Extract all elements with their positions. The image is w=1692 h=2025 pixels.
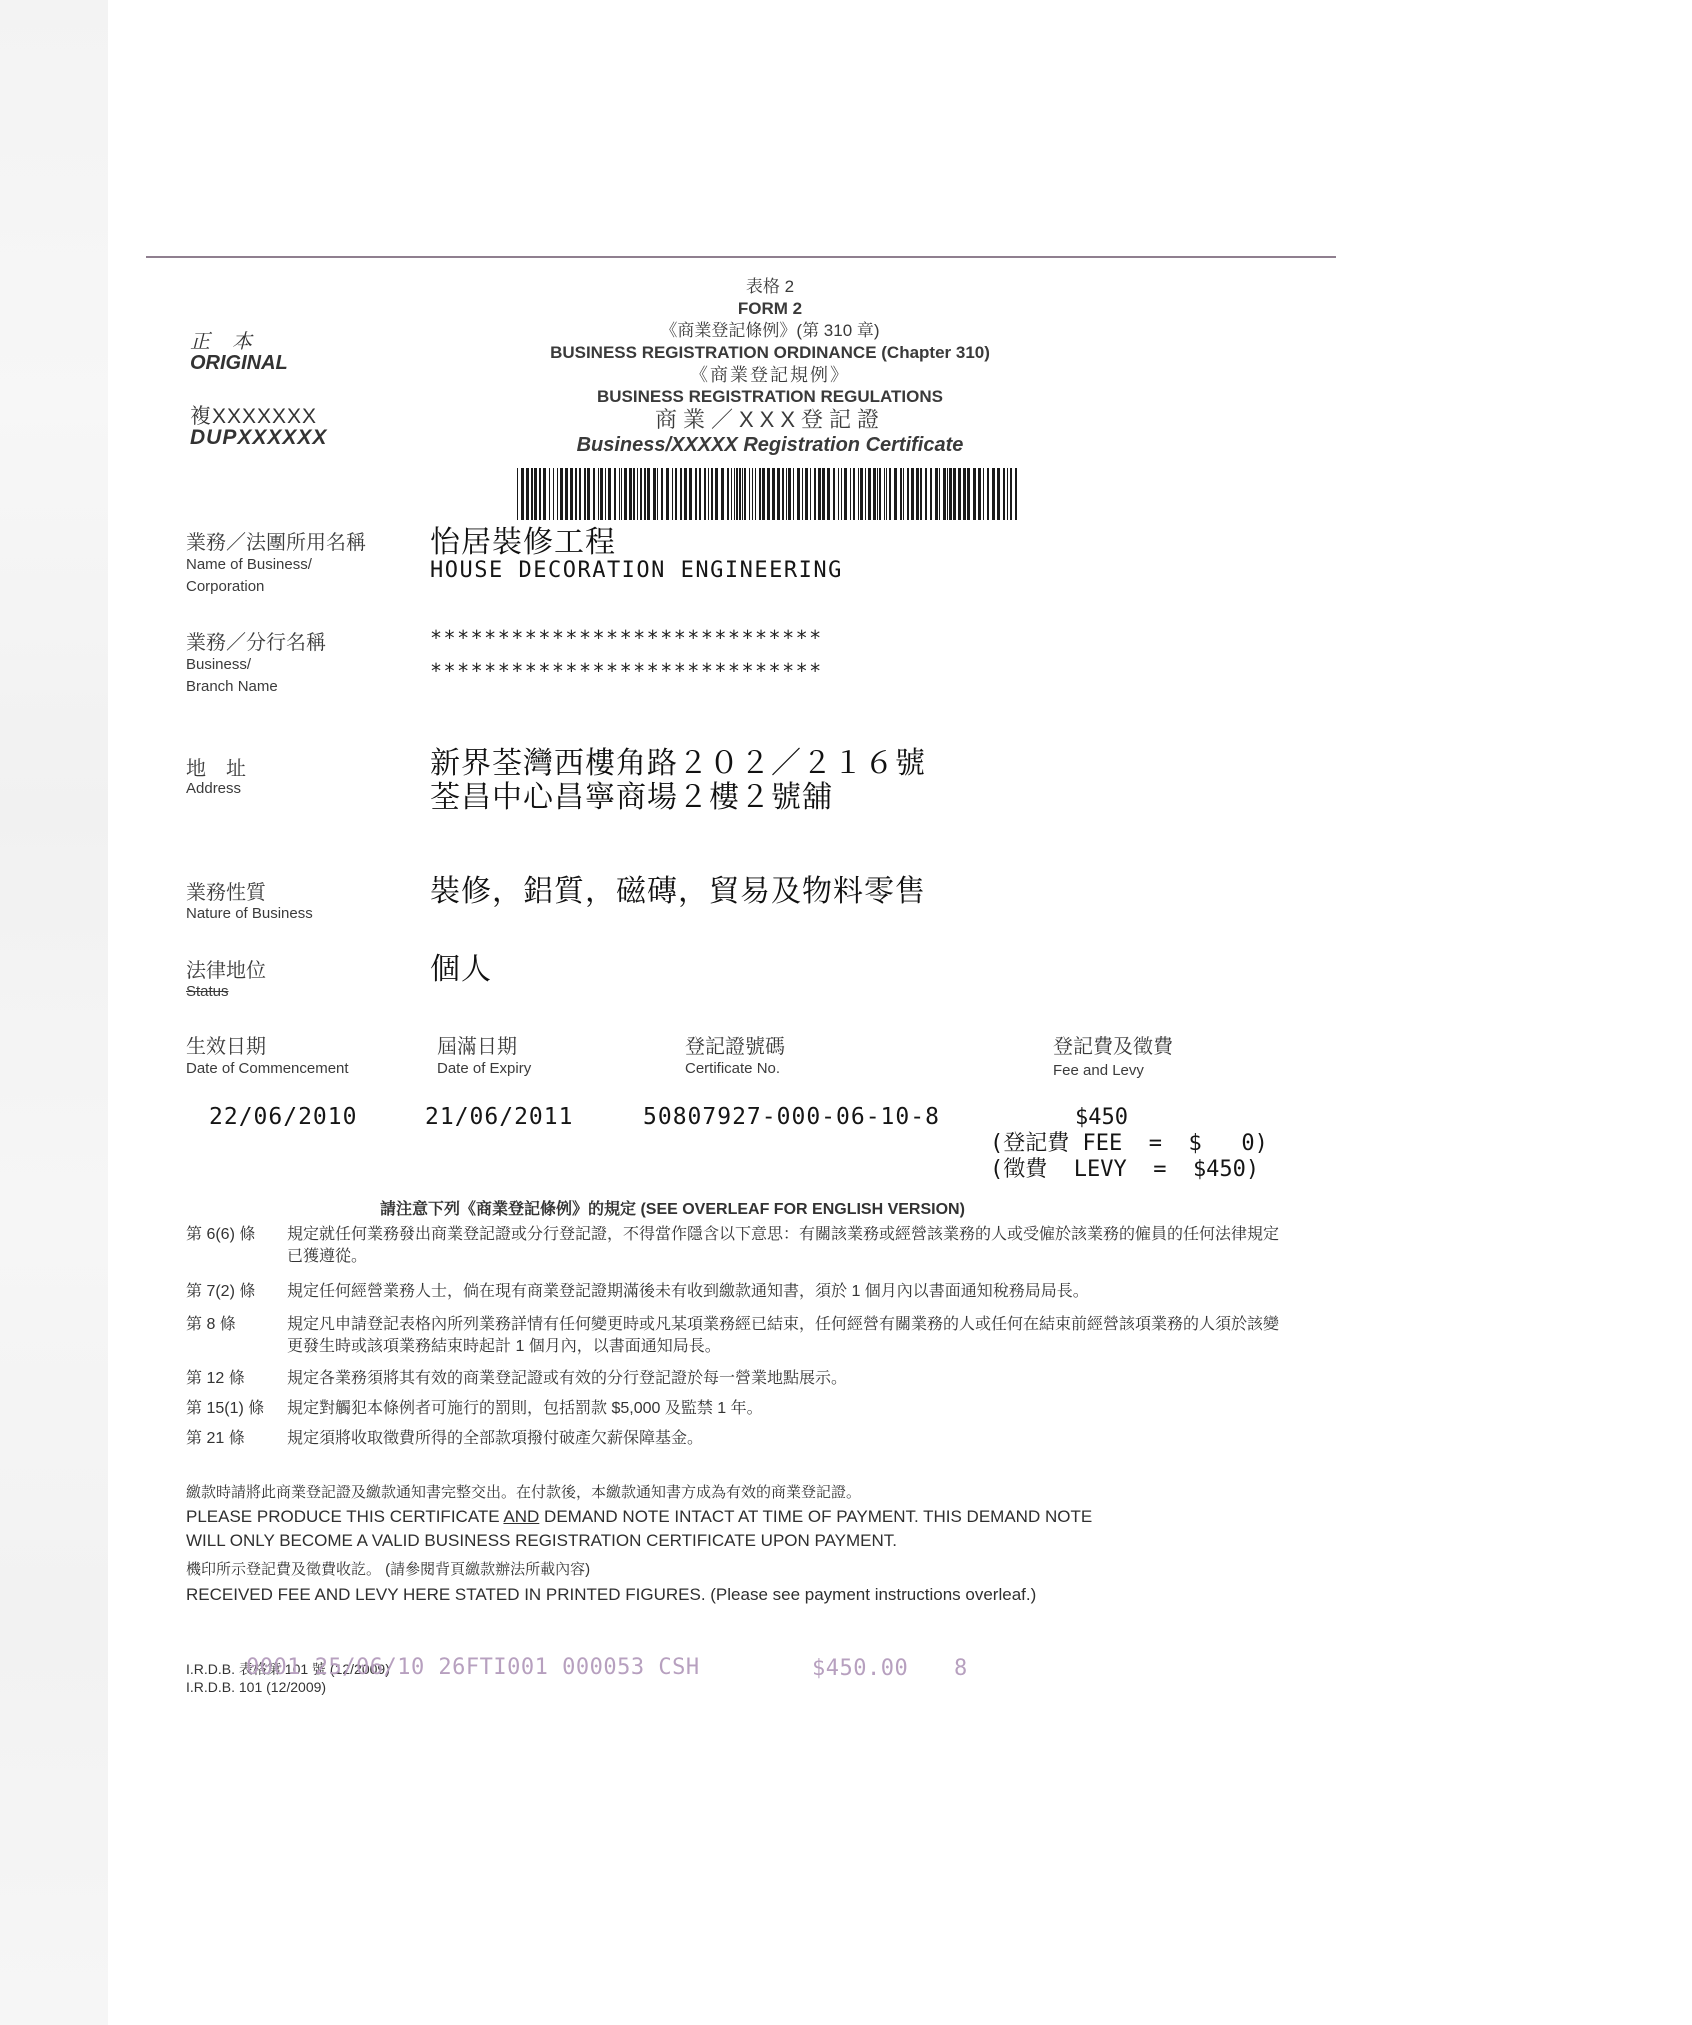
payment-note-en-2: WILL ONLY BECOME A VALID BUSINESS REGIST… (186, 1529, 897, 1552)
payment-note-underlined: AND (503, 1507, 539, 1526)
name-label-cn: 業務／法團所用名稱 (186, 526, 366, 555)
rule-text: 規定凡申請登記表格內所列業務詳情有任何變更時或凡某項業務經已結束，任何經營有關業… (287, 1314, 1287, 1358)
payment-note-cn: 繳款時請將此商業登記證及繳款通知書完整交出。在付款後，本繳款通知書方成為有效的商… (186, 1481, 861, 1504)
address-line-2: 荃昌中心昌寧商場２樓２號舖 (430, 772, 833, 816)
regulations-en: BUSINESS REGISTRATION REGULATIONS (500, 386, 1040, 408)
rule-text: 規定對觸犯本條例者可施行的罰則，包括罰款 $5,000 及監禁 1 年。 (287, 1398, 1287, 1420)
branch-name-line-1: ***************************** (430, 626, 823, 650)
name-label-en-2: Corporation (186, 576, 264, 598)
certificate-number: 50807927-000-06-10-8 (643, 1104, 940, 1130)
received-note-en: RECEIVED FEE AND LEVY HERE STATED IN PRI… (186, 1583, 1036, 1606)
rule-text: 規定就任何業務發出商業登記證或分行登記證，不得當作隱含以下意思：有關該業務或經營… (287, 1224, 1287, 1268)
payment-note-en-1a: PLEASE PRODUCE THIS CERTIFICATE (186, 1507, 503, 1526)
expiry-label-cn: 屆滿日期 (437, 1030, 517, 1059)
rule-item: 第 8 條 規定凡申請登記表格內所列業務詳情有任何變更時或凡某項業務經已結束，任… (186, 1314, 1276, 1360)
received-note-cn: 機印所示登記費及徵費收訖。 (請參閱背頁繳款辦法所載內容) (186, 1558, 590, 1581)
commencement-label-cn: 生效日期 (186, 1030, 266, 1059)
payment-stamp: 0001 25/06/10 26FTI001 000053 CSH (246, 1655, 700, 1680)
expiry-label-en: Date of Expiry (437, 1058, 531, 1080)
rule-section: 第 15(1) 條 (186, 1398, 264, 1420)
rule-text: 規定各業務須將其有效的商業登記證或有效的分行登記證於每一營業地點展示。 (287, 1368, 1287, 1390)
form-number-en: FORM 2 (500, 298, 1040, 320)
certificate-title-en: Business/XXXXX Registration Certificate (500, 432, 1040, 458)
certificate-title-cn: 商業／XXX登記證 (500, 408, 1040, 432)
fee-line: (登記費 FEE = $ 0) (990, 1131, 1268, 1157)
form-code-en: I.R.D.B. 101 (12/2009) (186, 1679, 326, 1695)
fee-total: $450 (1075, 1105, 1128, 1131)
scanner-edge (0, 0, 108, 2025)
branch-label-en-1: Business/ (186, 654, 251, 676)
top-divider (146, 256, 1336, 258)
duplicate-mark-en: DUPXXXXXX (190, 426, 327, 450)
address-label-cn: 地 址 (186, 752, 246, 781)
branch-name-line-2: ***************************** (430, 659, 823, 683)
rule-item: 第 7(2) 條 規定任何經營業務人士，倘在現有商業登記證期滿後未有收到繳款通知… (186, 1281, 1276, 1303)
stamp-amount: $450.00 (812, 1656, 908, 1681)
name-label-en-1: Name of Business/ (186, 554, 312, 576)
form-header: 表格 2 FORM 2 《商業登記條例》(第 310 章) BUSINESS R… (500, 276, 1040, 458)
form-number-cn: 表格 2 (500, 276, 1040, 298)
status-label-cn: 法律地位 (186, 954, 266, 983)
ordinance-en: BUSINESS REGISTRATION ORDINANCE (Chapter… (500, 342, 1040, 364)
stamp-code: 8 (954, 1656, 968, 1681)
rule-section: 第 21 條 (186, 1428, 245, 1450)
rule-item: 第 6(6) 條 規定就任何業務發出商業登記證或分行登記證，不得當作隱含以下意思… (186, 1224, 1276, 1270)
status-label-en: Status (186, 981, 229, 1003)
rule-text: 規定須將收取徵費所得的全部款項撥付破產欠薪保障基金。 (287, 1428, 1287, 1450)
rule-text: 規定任何經營業務人士，倘在現有商業登記證期滿後未有收到繳款通知書，須於 1 個月… (287, 1281, 1287, 1303)
rule-section: 第 8 條 (186, 1314, 236, 1336)
branch-label-cn: 業務／分行名稱 (186, 626, 326, 655)
fee-label-cn: 登記費及徵費 (1053, 1030, 1173, 1059)
payment-note-en-1: PLEASE PRODUCE THIS CERTIFICATE AND DEMA… (186, 1505, 1092, 1528)
commencement-date: 22/06/2010 (209, 1104, 357, 1130)
business-name-cn: 怡居裝修工程 (430, 517, 616, 561)
original-mark-en: ORIGINAL (190, 352, 288, 375)
expiry-date: 21/06/2011 (425, 1104, 573, 1130)
address-label-en: Address (186, 778, 241, 800)
rule-section: 第 7(2) 條 (186, 1281, 255, 1303)
ordinance-cn: 《商業登記條例》(第 310 章) (500, 320, 1040, 342)
fee-label-en: Fee and Levy (1053, 1060, 1144, 1082)
payment-note-en-1b: DEMAND NOTE INTACT AT TIME OF PAYMENT. T… (539, 1507, 1092, 1526)
nature-label-en: Nature of Business (186, 903, 313, 925)
rule-item: 第 21 條 規定須將收取徵費所得的全部款項撥付破產欠薪保障基金。 (186, 1428, 1276, 1450)
rule-item: 第 15(1) 條 規定對觸犯本條例者可施行的罰則，包括罰款 $5,000 及監… (186, 1398, 1276, 1420)
rule-item: 第 12 條 規定各業務須將其有效的商業登記證或有效的分行登記證於每一營業地點展… (186, 1368, 1276, 1390)
rule-section: 第 12 條 (186, 1368, 245, 1390)
nature-label-cn: 業務性質 (186, 876, 266, 905)
original-mark-cn: 正本 (190, 325, 274, 354)
levy-line: (徵費 LEVY = $450) (990, 1157, 1259, 1183)
barcode (515, 468, 1020, 520)
certificate-label-en: Certificate No. (685, 1058, 780, 1080)
regulations-cn: 《商業登記規例》 (500, 364, 1040, 386)
branch-label-en-2: Branch Name (186, 676, 278, 698)
status-value: 個人 (430, 944, 492, 988)
notice-title: 請注意下列《商業登記條例》的規定 (SEE OVERLEAF FOR ENGLI… (380, 1196, 965, 1219)
commencement-label-en: Date of Commencement (186, 1058, 349, 1080)
business-name-en: HOUSE DECORATION ENGINEERING (430, 558, 843, 583)
certificate-label-cn: 登記證號碼 (685, 1030, 785, 1059)
nature-value: 裝修，鋁質，磁磚，貿易及物料零售 (430, 866, 926, 910)
rule-section: 第 6(6) 條 (186, 1224, 255, 1246)
